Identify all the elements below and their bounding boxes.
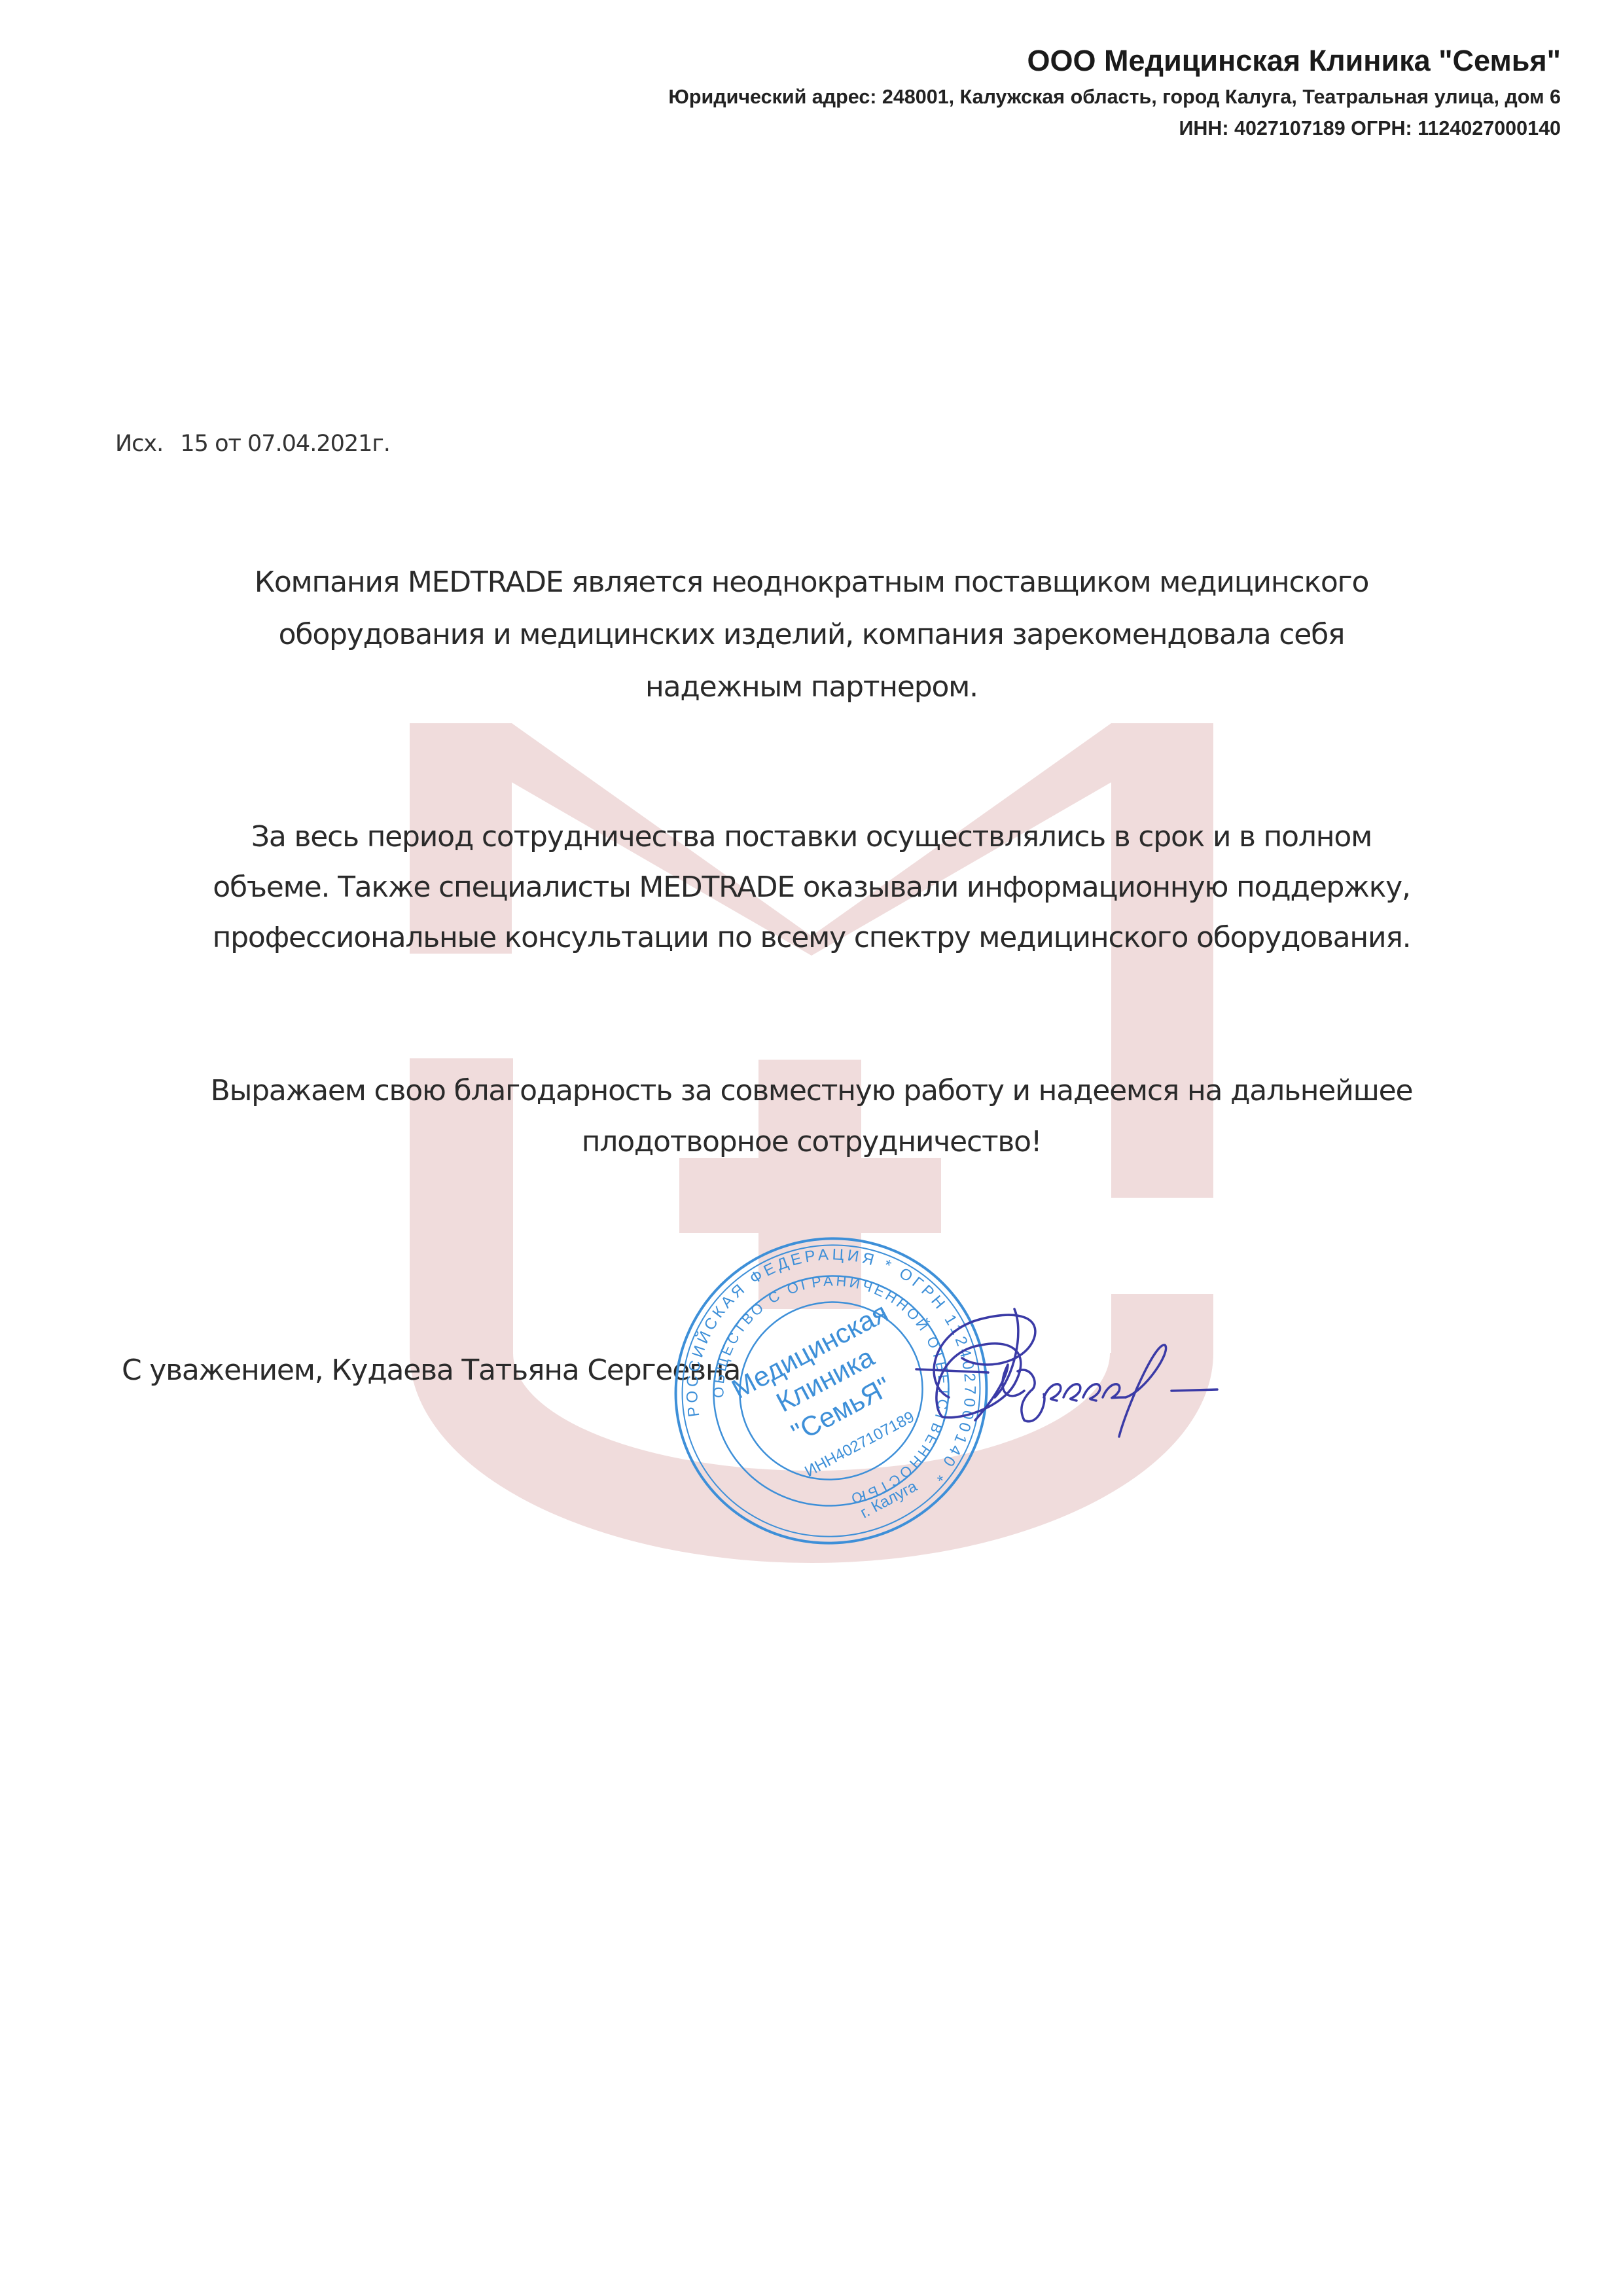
registration-numbers: ИНН: 4027107189 ОГРН: 1124027000140: [668, 113, 1561, 144]
outgoing-reference: Исх. 15 от 07.04.2021г.: [115, 431, 390, 457]
closing-signatory: С уважением, Кудаева Татьяна Сергеевна: [122, 1354, 740, 1387]
outgoing-prefix: Исх.: [115, 431, 163, 457]
handwritten-signature-icon: [910, 1293, 1263, 1469]
paragraph-2: За весь период сотрудничества поставки о…: [98, 812, 1525, 963]
paragraph-line: Компания MEDTRADE является неоднократным…: [98, 556, 1525, 609]
paragraph-line: Выражаем свою благодарность за совместну…: [98, 1066, 1525, 1117]
paragraph-line: надежным партнером.: [98, 661, 1525, 713]
paragraph-line: объеме. Также специалисты MEDTRADE оказы…: [98, 862, 1525, 912]
paragraph-3: Выражаем свою благодарность за совместну…: [98, 1066, 1525, 1168]
outgoing-number-date: 15 от 07.04.2021г.: [180, 431, 390, 457]
paragraph-line: профессиональные консультации по всему с…: [98, 912, 1525, 963]
paragraph-line: оборудования и медицинских изделий, комп…: [98, 609, 1525, 661]
paragraph-line: плодотворное сотрудничество!: [98, 1117, 1525, 1168]
letterhead: ООО Медицинская Клиника "Семья" Юридичес…: [668, 41, 1561, 144]
paragraph-1: Компания MEDTRADE является неоднократным…: [98, 556, 1525, 713]
legal-address: Юридический адрес: 248001, Калужская обл…: [668, 81, 1561, 113]
company-name: ООО Медицинская Клиника "Семья": [668, 41, 1561, 81]
letter-page: ООО Медицинская Клиника "Семья" Юридичес…: [0, 0, 1623, 2296]
paragraph-line: За весь период сотрудничества поставки о…: [98, 812, 1525, 862]
